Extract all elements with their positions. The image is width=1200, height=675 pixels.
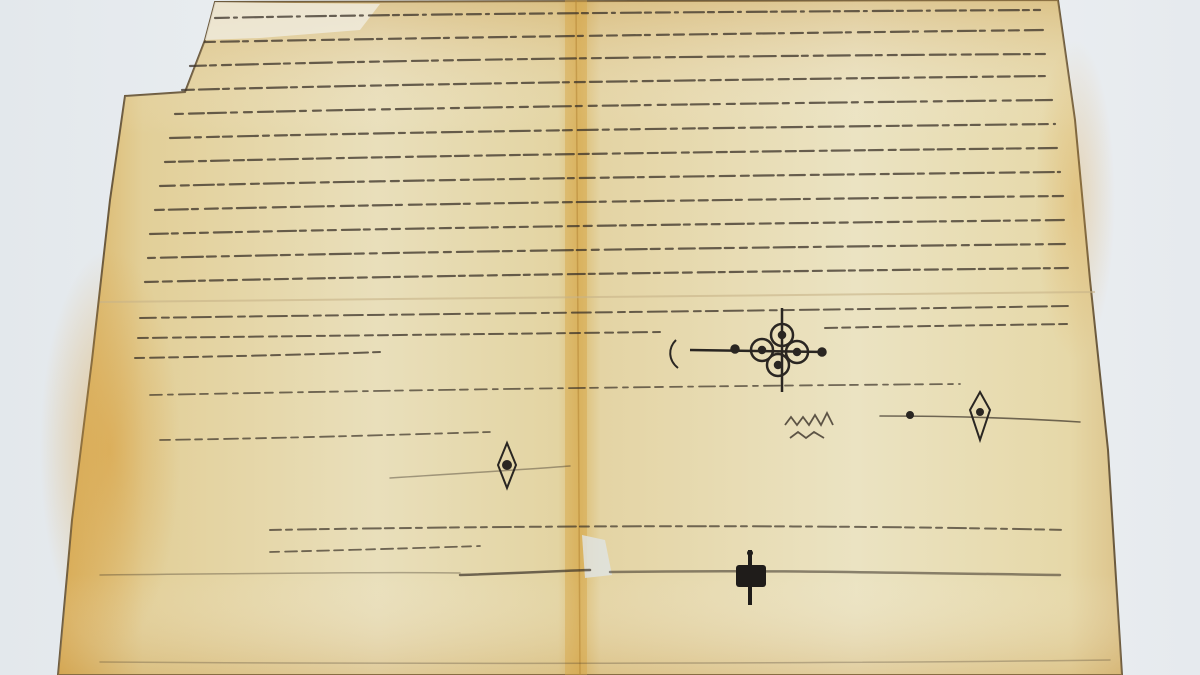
parchment-document <box>0 0 1200 675</box>
photo-scene <box>0 0 1200 675</box>
